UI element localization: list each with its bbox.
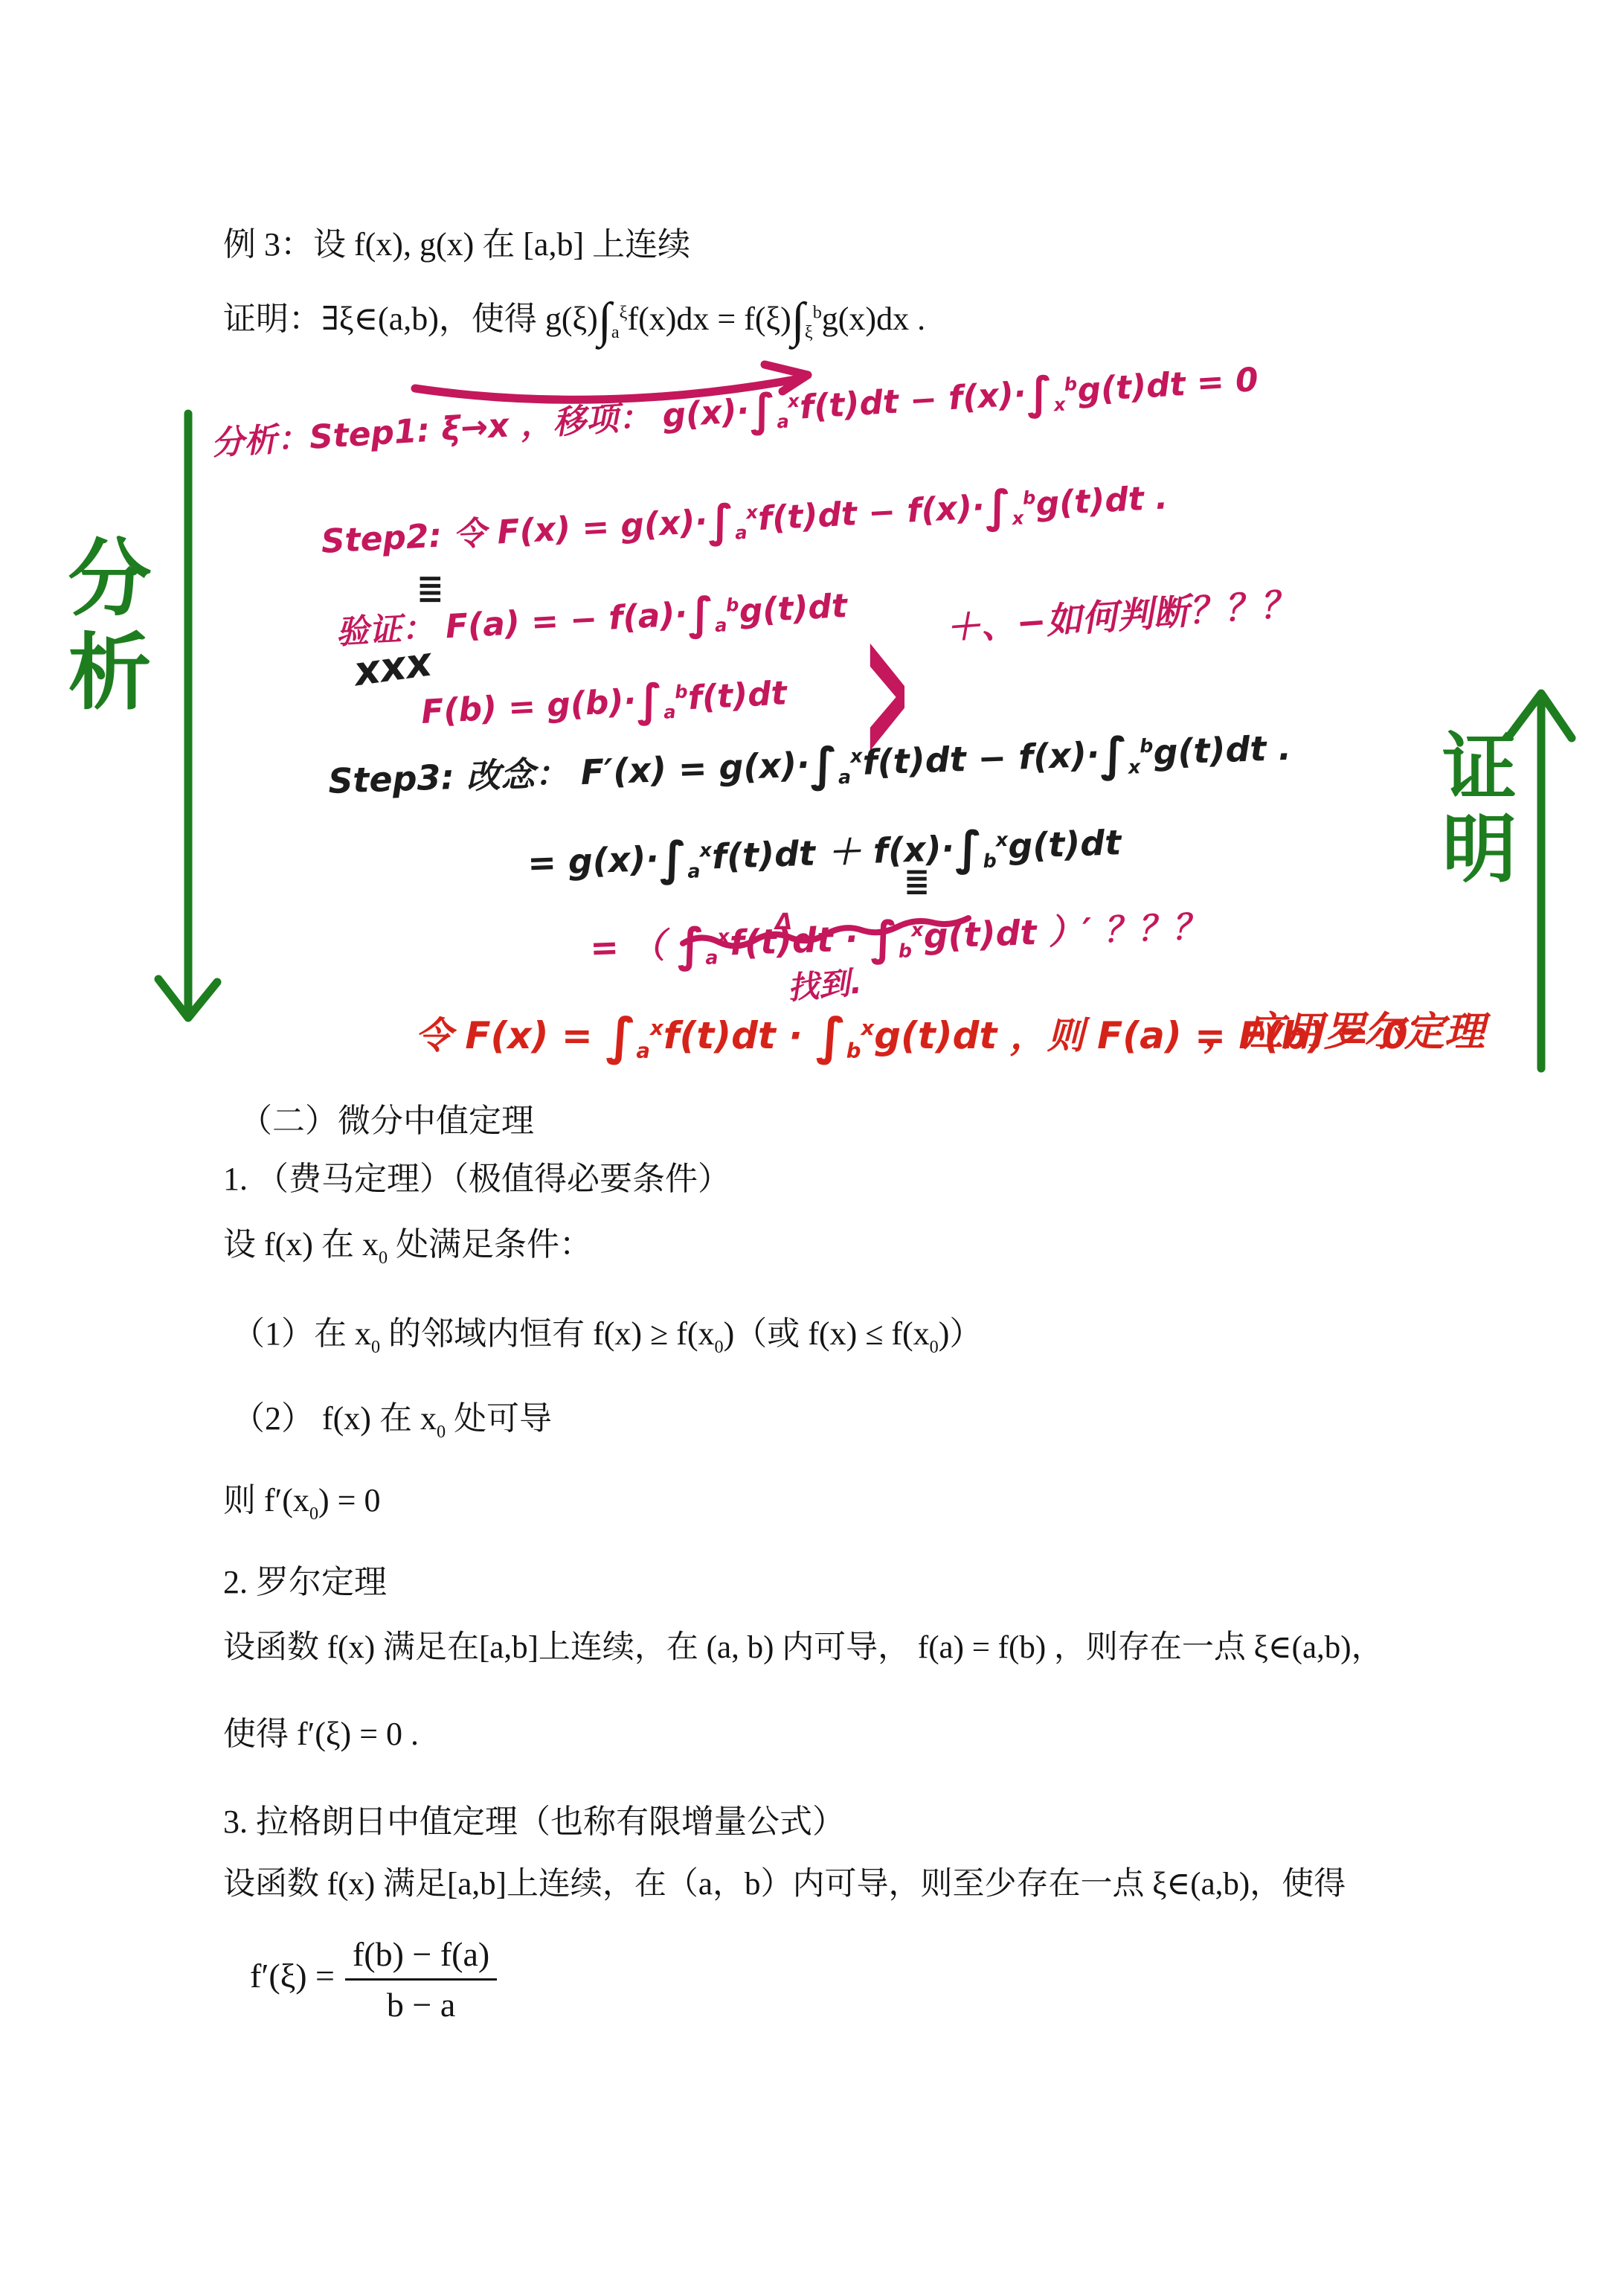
hand-sign-question: ＋、−如何判断？？？ — [943, 575, 1297, 651]
hand-step3-line2: = g(x)·∫axf(t)dt ＋ f(x)·∫bxg(t)dt — [527, 815, 1122, 888]
section-title: （二）微分中值定理 — [240, 1094, 534, 1141]
analysis-margin-label: 分析 — [43, 534, 163, 722]
fermat-heading: 1. （费马定理）（极值得必要条件） — [223, 1152, 730, 1199]
fermat-condition-2: （2） f(x) 在 x0 处可导 — [232, 1391, 552, 1443]
fermat-condition-1: （1）在 x0 的邻域内恒有 f(x) ≥ f(x0)（或 f(x) ≤ f(x… — [232, 1306, 982, 1358]
hand-cross-out: xxx — [351, 638, 434, 695]
ink-strokes-layer — [0, 0, 1623, 2296]
proof-margin-label: 证明 — [1419, 728, 1526, 891]
rolle-body-1: 设函数 f(x) 满足在[a,b]上连续，在 (a, b) 内可导， f(a) … — [223, 1622, 1383, 1667]
rolle-heading: 2. 罗尔定理 — [223, 1555, 387, 1603]
lagrange-formula-numerator: f(b) − f(a) — [345, 1934, 497, 1981]
hand-verify-Fb: F(b) = g(b)·∫abf(t)dt — [420, 674, 788, 736]
example-claim: 证明：∃ξ∈(a,b)，使得 g(ξ)∫aξf(x)dx = f(ξ)∫ξbg(… — [223, 292, 925, 343]
hand-conclusion-rolle: ，应用罗尔定理 — [1203, 1000, 1485, 1057]
fermat-setup: 设 f(x) 在 x0 处满足条件： — [223, 1217, 592, 1269]
notes-page: 例 3：设 f(x), g(x) 在 [a,b] 上连续 证明：∃ξ∈(a,b)… — [0, 0, 1623, 2296]
lagrange-formula-lhs: f′(ξ) = — [250, 1957, 335, 1995]
lagrange-formula-fraction: f(b) − f(a)b − a — [345, 1934, 497, 2024]
example-title: 例 3：设 f(x), g(x) 在 [a,b] 上连续 — [223, 217, 690, 265]
rolle-body-2: 使得 f′(ξ) = 0 . — [223, 1707, 419, 1754]
hand-step3-line3: = （ ∫axf(t)dt · ∫bxg(t)dt ）′ ？？？ — [589, 900, 1207, 972]
hand-found-note: 找到. — [785, 958, 864, 1008]
hand-step1: 分析：Step1: ξ→x ，移项： g(x)·∫axf(t)dt − f(x)… — [210, 353, 1259, 467]
hand-step3: Step3: 改念： F′(x) = g(x)·∫axf(t)dt − f(x)… — [327, 721, 1292, 807]
analysis-down-arrow — [158, 414, 217, 1018]
lagrange-formula-denominator: b − a — [345, 1981, 497, 2024]
lagrange-body-1: 设函数 f(x) 满足[a,b]上连续，在（a，b）内可导，则至少存在一点 ξ∈… — [223, 1859, 1346, 1904]
lagrange-formula: f′(ξ) =f(b) − f(a)b − a — [250, 1934, 497, 2024]
hand-step2: Step2: 令 F(x) = g(x)·∫axf(t)dt − f(x)·∫x… — [320, 470, 1169, 565]
fermat-conclusion: 则 f′(x0) = 0 — [223, 1473, 381, 1524]
lagrange-heading: 3. 拉格朗日中值定理（也称有限增量公式） — [223, 1795, 845, 1842]
